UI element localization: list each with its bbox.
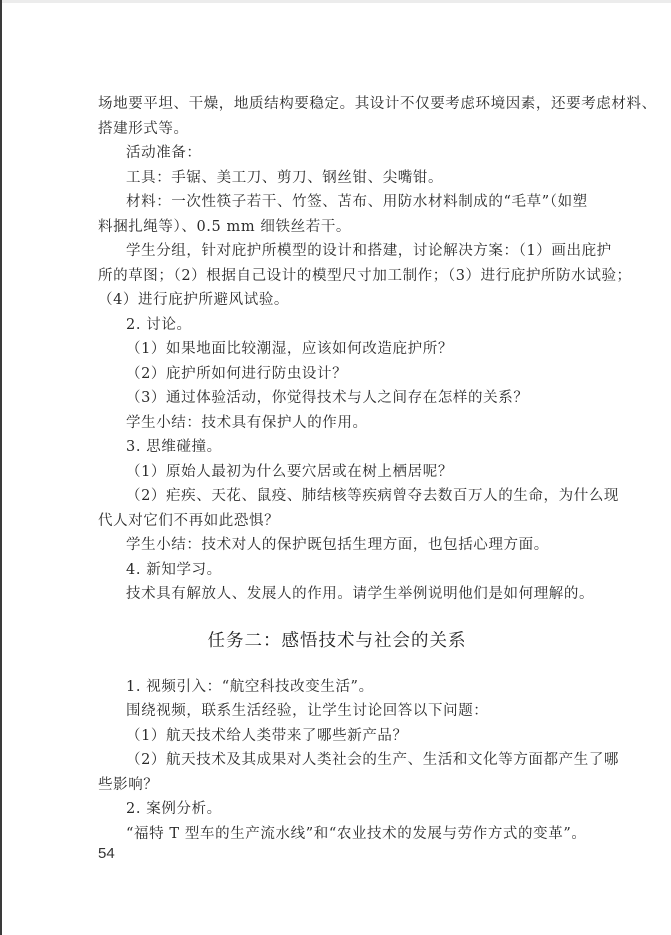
text-line: 学生小结：技术具有保护人的作用。 bbox=[98, 411, 576, 436]
body-text-before-heading: 场地要平坦、干燥，地质结构要稳定。其设计不仅要考虑环境因素，还要考虑材料、 搭建… bbox=[98, 92, 576, 607]
text-line: （2）航天技术及其成果对人类社会的生产、生活和文化等方面都产生了哪 bbox=[98, 748, 576, 773]
page-number: 54 bbox=[98, 845, 115, 862]
text-line: 工具：手锯、美工刀、剪刀、钢丝钳、尖嘴钳。 bbox=[98, 166, 576, 191]
text-line: 4. 新知学习。 bbox=[98, 558, 576, 583]
text-line: 些影响？ bbox=[98, 773, 576, 798]
text-line: 料捆扎绳等）、0.5 mm 细铁丝若干。 bbox=[98, 215, 576, 240]
text-line: 学生小结：技术对人的保护既包括生理方面，也包括心理方面。 bbox=[98, 533, 576, 558]
text-line: 学生分组，针对庇护所模型的设计和搭建，讨论解决方案：（1）画出庇护 bbox=[98, 239, 576, 264]
text-line: 所的草图；（2）根据自己设计的模型尺寸加工制作；（3）进行庇护所防水试验； bbox=[98, 264, 576, 289]
text-line: 活动准备： bbox=[98, 141, 576, 166]
text-line: 材料：一次性筷子若干、竹签、苫布、用防水材料制成的“毛草”（如塑 bbox=[98, 190, 576, 215]
text-line: （1）原始人最初为什么要穴居或在树上栖居呢？ bbox=[98, 460, 576, 485]
text-line: 1. 视频引入：“航空科技改变生活”。 bbox=[98, 675, 576, 700]
text-line: （1）航天技术给人类带来了哪些新产品？ bbox=[98, 724, 576, 749]
text-line: 技术具有解放人、发展人的作用。请学生举例说明他们是如何理解的。 bbox=[98, 582, 576, 607]
text-line: （1）如果地面比较潮湿，应该如何改造庇护所？ bbox=[98, 337, 576, 362]
page-top-edge bbox=[0, 0, 671, 3]
text-line: “福特 T 型车的生产流水线”和“农业技术的发展与劳作方式的变革”。 bbox=[98, 822, 576, 847]
text-line: 2. 案例分析。 bbox=[98, 797, 576, 822]
text-line: （2）庇护所如何进行防虫设计？ bbox=[98, 362, 576, 387]
text-line: 2. 讨论。 bbox=[98, 313, 576, 338]
text-line: 场地要平坦、干燥，地质结构要稳定。其设计不仅要考虑环境因素，还要考虑材料、 bbox=[98, 92, 576, 117]
text-line: （2）疟疾、天花、鼠疫、肺结核等疾病曾夺去数百万人的生命，为什么现 bbox=[98, 484, 576, 509]
body-text-after-heading: 1. 视频引入：“航空科技改变生活”。 围绕视频，联系生活经验，让学生讨论回答以… bbox=[98, 675, 576, 847]
text-line: 搭建形式等。 bbox=[98, 117, 576, 142]
text-line: （4）进行庇护所避风试验。 bbox=[98, 288, 576, 313]
text-line: 代人对它们不再如此恐惧？ bbox=[98, 509, 576, 534]
text-line: （3）通过体验活动，你觉得技术与人之间存在怎样的关系？ bbox=[98, 386, 576, 411]
section-heading: 任务二：感悟技术与社会的关系 bbox=[98, 629, 576, 653]
text-line: 围绕视频，联系生活经验，让学生讨论回答以下问题： bbox=[98, 699, 576, 724]
text-line: 3. 思维碰撞。 bbox=[98, 435, 576, 460]
document-page: 场地要平坦、干燥，地质结构要稳定。其设计不仅要考虑环境因素，还要考虑材料、 搭建… bbox=[98, 92, 576, 846]
page-left-edge bbox=[0, 0, 2, 935]
